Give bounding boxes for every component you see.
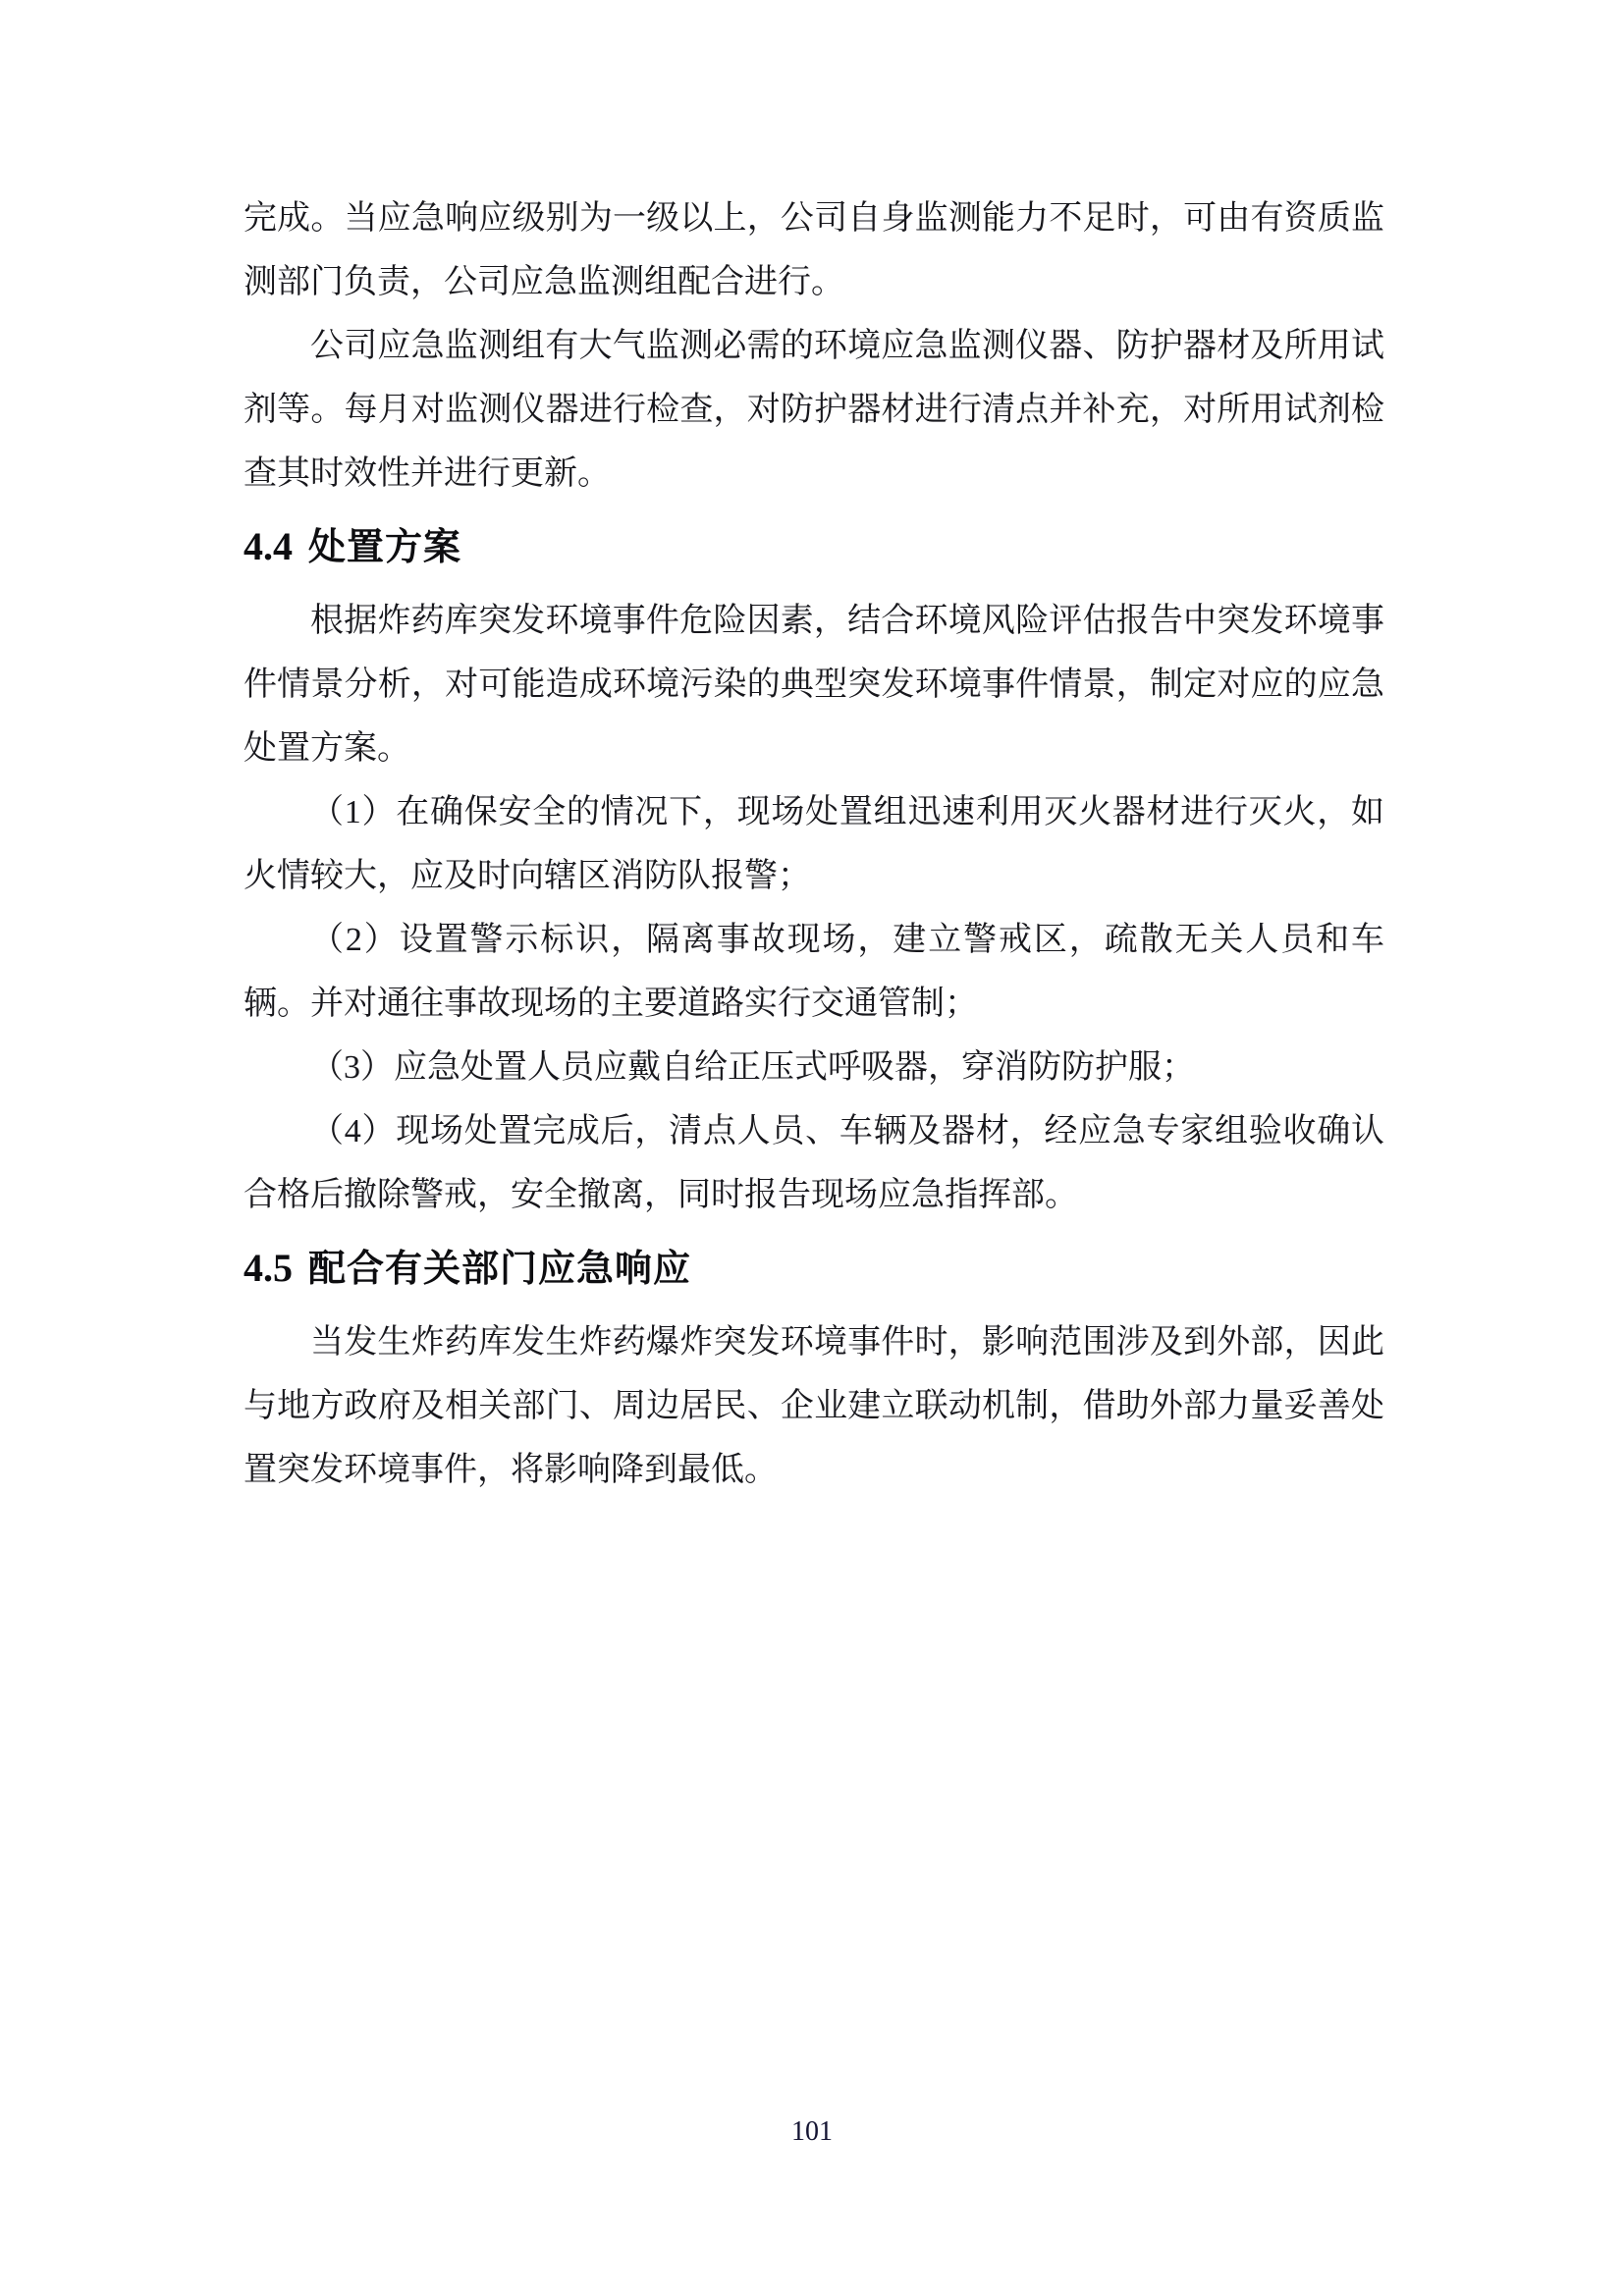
section-title-4-4: 处置方案 bbox=[308, 527, 461, 568]
document-page: 完成。当应急响应级别为一级以上，公司自身监测能力不足时，可由有资质监测部门负责，… bbox=[0, 0, 1624, 2296]
section-number-4-5: 4.5 bbox=[244, 1246, 293, 1290]
section-number-4-4: 4.4 bbox=[244, 524, 293, 568]
page-number: 101 bbox=[0, 2116, 1624, 2148]
section-heading-4-4: 4.4处置方案 bbox=[244, 506, 1384, 589]
paragraph-item-3-protective-gear: （3）应急处置人员应戴自给正压式呼吸器，穿消防防护服； bbox=[244, 1036, 1384, 1099]
paragraph-item-2-warning-zone: （2）设置警示标识，隔离事故现场，建立警戒区，疏散无关人员和车辆。并对通往事故现… bbox=[244, 908, 1384, 1036]
paragraph-disposal-plan-intro: 根据炸药库突发环境事件危险因素，结合环境风险评估报告中突发环境事件情景分析，对可… bbox=[244, 589, 1384, 780]
paragraph-monitoring-equipment: 公司应急监测组有大气监测必需的环境应急监测仪器、防护器材及所用试剂等。每月对监测… bbox=[244, 314, 1384, 506]
paragraph-external-coordination: 当发生炸药库发生炸药爆炸突发环境事件时，影响范围涉及到外部，因此与地方政府及相关… bbox=[244, 1310, 1384, 1502]
paragraph-item-1-firefighting: （1）在确保安全的情况下，现场处置组迅速利用灭火器材进行灭火，如火情较大，应及时… bbox=[244, 780, 1384, 908]
paragraph-monitoring-continuation: 完成。当应急响应级别为一级以上，公司自身监测能力不足时，可由有资质监测部门负责，… bbox=[244, 187, 1384, 314]
section-heading-4-5: 4.5配合有关部门应急响应 bbox=[244, 1227, 1384, 1310]
page-content: 完成。当应急响应级别为一级以上，公司自身监测能力不足时，可由有资质监测部门负责，… bbox=[244, 187, 1384, 1502]
paragraph-item-4-completion: （4）现场处置完成后，清点人员、车辆及器材，经应急专家组验收确认合格后撤除警戒，… bbox=[244, 1099, 1384, 1227]
section-title-4-5: 配合有关部门应急响应 bbox=[308, 1249, 691, 1290]
